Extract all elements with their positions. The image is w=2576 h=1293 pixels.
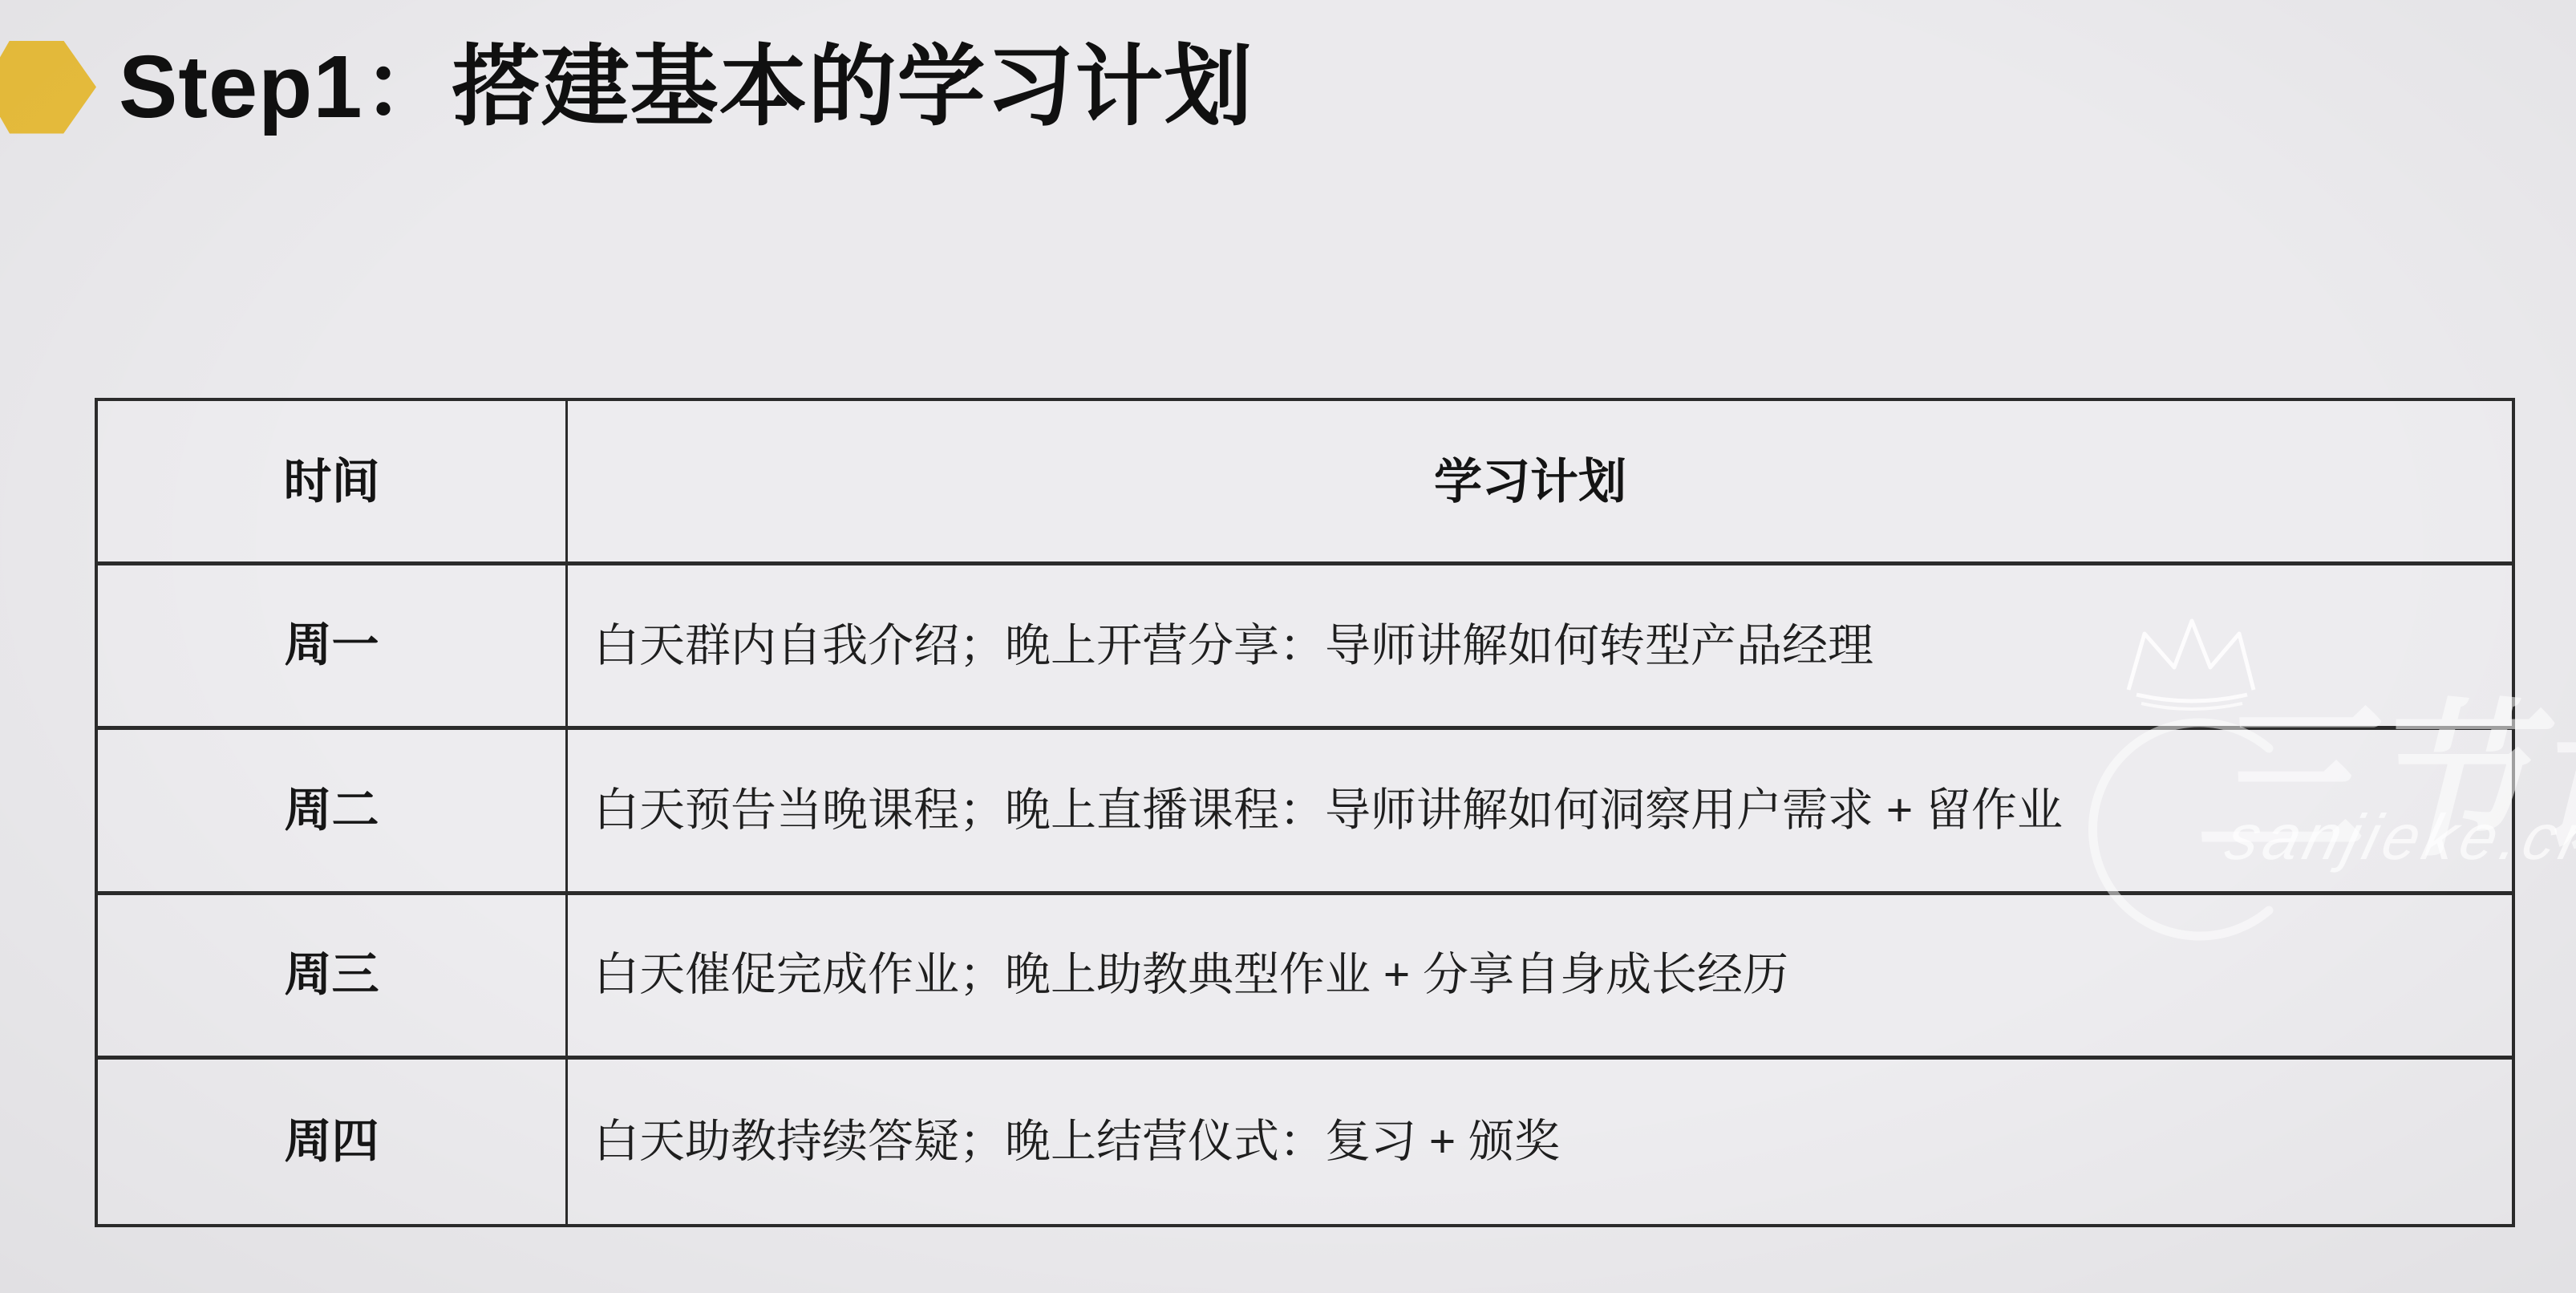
study-plan-table: 时间 学习计划 周一 白天群内自我介绍；晚上开营分享：导师讲解如何转型产品经理 … xyxy=(95,398,2515,1227)
table-row-day: 周一 xyxy=(98,565,568,730)
slide-header: Step1：搭建基本的学习计划 xyxy=(0,39,1254,136)
table-row-plan: 白天助教持续答疑；晚上结营仪式：复习 + 颁奖 xyxy=(568,1060,2512,1224)
table-row-plan: 白天预告当晚课程；晚上直播课程：导师讲解如何洞察用户需求 + 留作业 xyxy=(568,730,2512,894)
table-row-plan: 白天催促完成作业；晚上助教典型作业 + 分享自身成长经历 xyxy=(568,895,2512,1060)
table-row-day: 周三 xyxy=(98,895,568,1060)
table-row-day: 周四 xyxy=(98,1060,568,1224)
slide: Step1：搭建基本的学习计划 时间 学习计划 周一 白天群内自我介绍；晚上开营… xyxy=(0,0,2576,1293)
table-row-day: 周二 xyxy=(98,730,568,894)
column-header-plan: 学习计划 xyxy=(568,401,2512,565)
column-header-time: 时间 xyxy=(98,401,568,565)
arrow-bullet-icon xyxy=(0,41,96,134)
table-row-plan: 白天群内自我介绍；晚上开营分享：导师讲解如何转型产品经理 xyxy=(568,565,2512,730)
page-title: Step1：搭建基本的学习计划 xyxy=(119,39,1254,136)
